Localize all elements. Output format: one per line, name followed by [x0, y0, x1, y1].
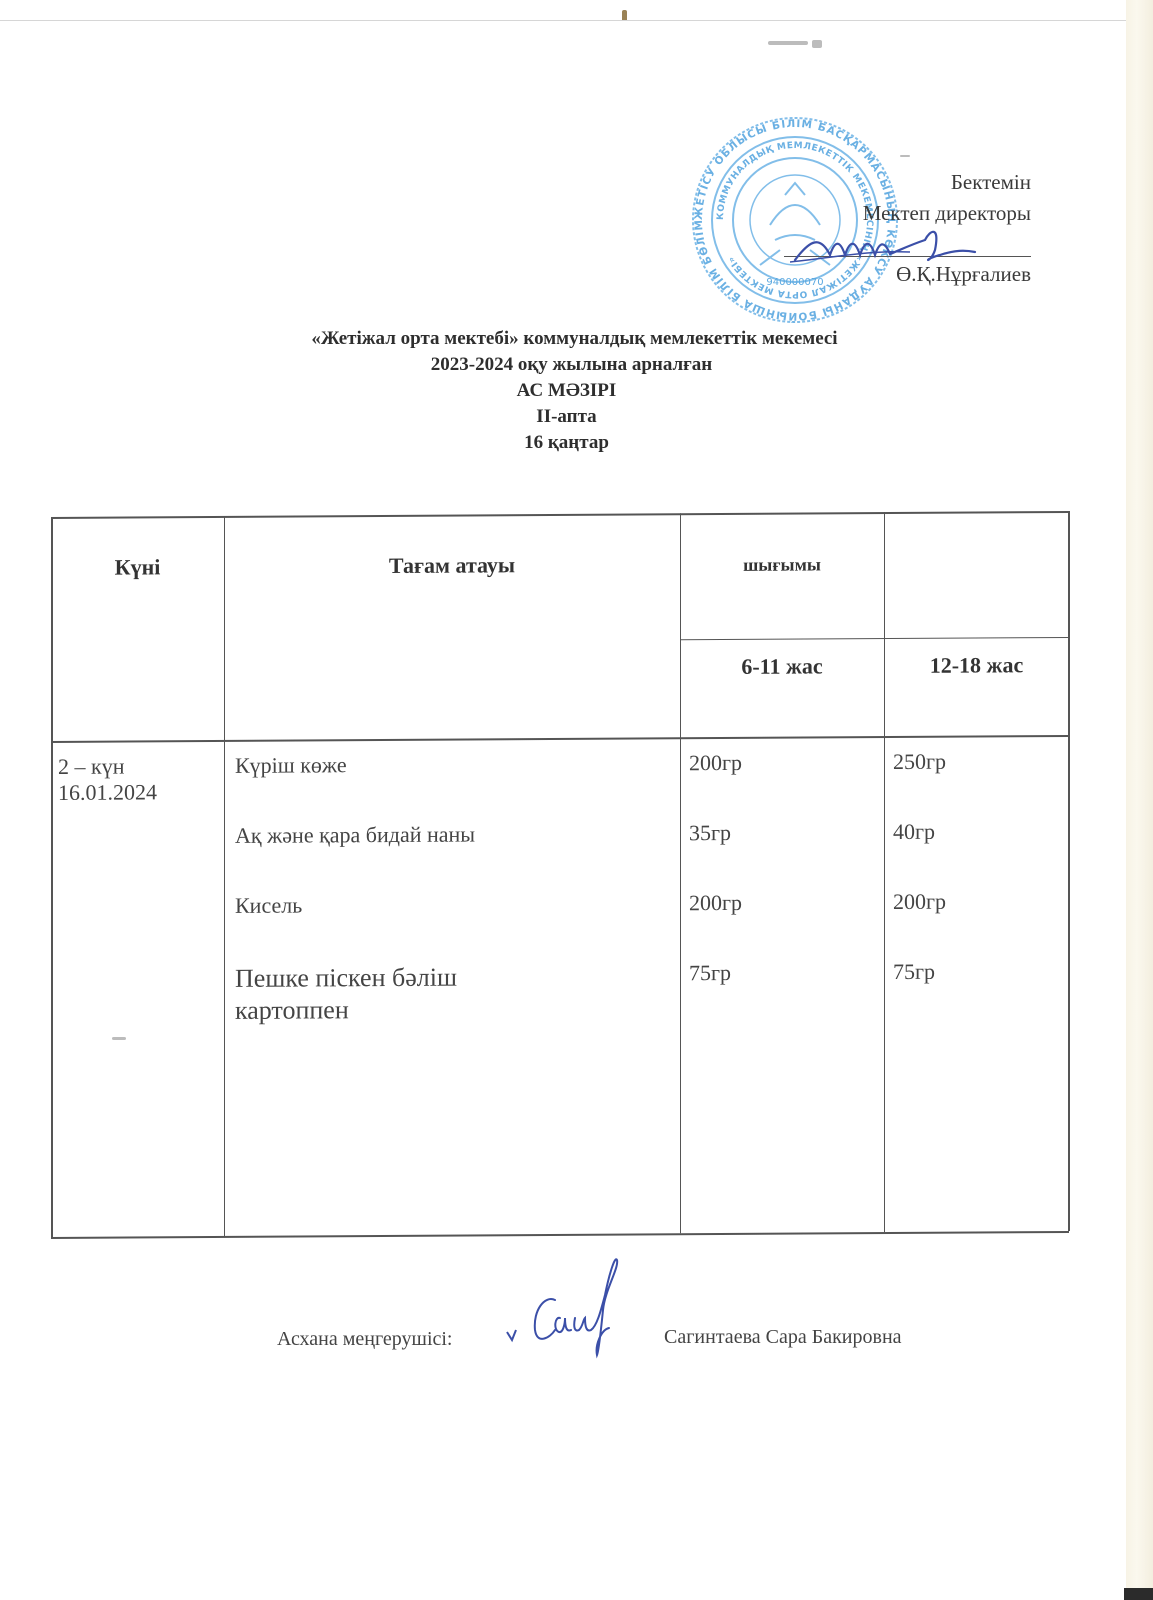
dish-name: Пешке піскен бәліш картоппен [235, 963, 457, 1025]
table-row: Пешке піскен бәліш картоппен [235, 961, 555, 1027]
scan-top-line [0, 20, 1126, 21]
institution-name: «Жетіжал орта мектебі» коммуналдық мемле… [0, 328, 1151, 350]
scan-speck [900, 155, 910, 157]
menu-table: Күні Тағам атауы шығымы 6-11 жас 12-18 ж… [51, 511, 1069, 1237]
column-header-age-12-18: 12-18 жас [884, 652, 1069, 679]
page-edge [1126, 0, 1153, 1600]
dish-name: Ақ және қара бидай наны [235, 821, 475, 847]
table-border [1068, 511, 1070, 1231]
director-signature-icon [790, 220, 980, 280]
column-divider [680, 513, 681, 1233]
canteen-head-name: Сагинтаева Сара Бакировна [664, 1326, 902, 1349]
day-date: 16.01.2024 [58, 779, 218, 806]
dish-name: Кисель [235, 893, 302, 918]
table-border [51, 511, 1069, 519]
week-label: II-апта [0, 406, 1143, 428]
portion-6-11: 200гр [689, 750, 742, 776]
table-row: Кисель [235, 890, 655, 962]
day-label: 2 – күн [58, 753, 218, 780]
table-border [51, 1231, 1069, 1239]
portion-12-18: 75гр [893, 959, 935, 985]
column-divider [224, 516, 225, 1236]
subheader-divider [680, 637, 1069, 640]
scan-speck [812, 40, 822, 48]
canteen-head-signature-icon [505, 1250, 665, 1360]
dish-name: Күріш көже [235, 752, 347, 778]
scan-mark [622, 10, 627, 20]
portion-6-11: 35гр [689, 820, 731, 846]
table-border [51, 517, 53, 1237]
column-header-dish: Тағам атауы [224, 551, 680, 580]
column-header-output: шығымы [680, 554, 884, 576]
portion-6-11: 75гр [689, 960, 731, 986]
column-header-day: Күні [51, 554, 224, 581]
scan-edge-mark [1124, 1588, 1153, 1600]
date-label: 16 қаңтар [0, 432, 1143, 454]
page-title: АС МӘЗІРІ [0, 380, 1143, 402]
table-row: Ақ және қара бидай наны [235, 820, 655, 892]
portion-12-18: 40гр [893, 819, 935, 845]
header-divider [51, 735, 1069, 743]
approval-label: Бектемін [951, 170, 1031, 195]
table-row: Күріш көже [235, 750, 655, 822]
portion-6-11: 200гр [689, 890, 742, 916]
column-divider [884, 512, 885, 1232]
column-header-age-6-11: 6-11 жас [680, 653, 884, 680]
portion-12-18: 250гр [893, 749, 946, 775]
academic-year: 2023-2024 оқу жылына арналған [0, 354, 1148, 376]
portion-12-18: 200гр [893, 889, 946, 915]
dish-list: Күріш көже Ақ және қара бидай наны Кисел… [235, 750, 655, 1026]
day-cell: 2 – күн 16.01.2024 [58, 753, 218, 806]
canteen-head-label: Асхана меңгерушісі: [277, 1328, 453, 1351]
scan-speck [768, 41, 808, 45]
